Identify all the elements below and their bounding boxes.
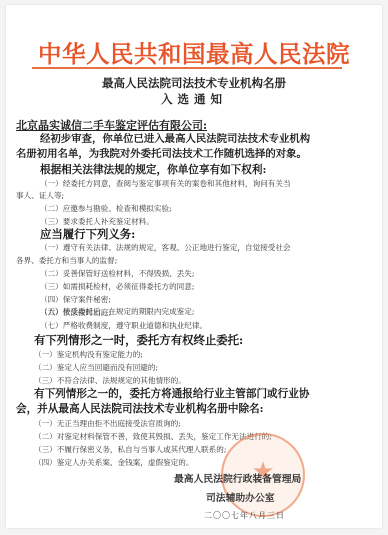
rights-heading: 根据相关法律法规的规定，你单位享有如下权利: — [40, 162, 266, 177]
removal-heading-line-2: 会，并从最高人民法院司法技术专业机构名册中除名: — [16, 401, 264, 416]
document-page: 中华人民共和国最高人民法院 最高人民法院司法技术专业机构名册 入选通知 北京晶实… — [6, 5, 382, 528]
removal-item: （四）鉴定人办关系案、金钱案，虚假鉴定的。 — [34, 457, 193, 469]
removal-item: （一）无正当理由拒不出庭接受法官质询的; — [34, 418, 181, 430]
intro-line-1: 经初步审查，你单位已进入最高人民法院司法技术专业机构 — [40, 132, 350, 147]
duties-item: （一）遵守有关法律、法规的规定，客观、公正地进行鉴定，自觉接受社会 — [40, 242, 291, 254]
letterhead-title: 中华人民共和国最高人民法院 — [6, 35, 382, 69]
rights-item: （一）经委托方同意，查阅与鉴定事项有关的案卷和其他材料，询问有关当 — [40, 178, 291, 190]
termination-heading: 有下列情形之一时，委托方有权终止委托: — [34, 332, 243, 348]
intro-line-2: 名册初用名单，为我院对外委托司法技术工作随机选择的对象。 — [16, 147, 326, 162]
signature-office: 司法辅助办公室 — [206, 490, 275, 504]
signature-org: 最高人民法院行政装备管理局 — [174, 471, 301, 485]
rights-item: 事人、证人等; — [16, 190, 64, 202]
letterhead-rule — [32, 67, 342, 69]
addressee: 北京晶实诚信二手车鉴定评估有限公司: — [16, 117, 207, 133]
rights-item: （二）应邀参与勘验、检查和模拟实验; — [40, 203, 172, 215]
signature-date: 二〇〇七年八月三日 — [204, 510, 285, 521]
duties-item: （六）依法按时出庭; — [40, 307, 111, 319]
notice-title: 最高人民法院司法技术专业机构名册 — [6, 75, 382, 91]
removal-item: （三）不履行保密义务，私自与当事人或其代理人联系的; — [34, 444, 226, 456]
duties-item: （四）保守案件秘密; — [40, 294, 111, 306]
duties-item: （三）如需损耗检材，必须征得委托方的同意; — [40, 281, 194, 293]
notice-subtitle: 入选通知 — [6, 91, 382, 107]
duties-heading: 应当履行下列义务: — [40, 226, 135, 242]
termination-item: （二）鉴定人应当回避而没有回避的; — [34, 362, 158, 374]
removal-heading-line-1: 有下列情形之一的，委托方将通报给行业主管部门或行业协 — [34, 386, 309, 401]
termination-item: （一）鉴定机构没有鉴定能力的; — [34, 349, 143, 361]
duties-item: 各界、委托方和当事人的监督; — [16, 255, 117, 267]
duties-item: （二）妥善保管好送检材料，不得毁损、丢失; — [40, 268, 194, 280]
duties-item: （七）严格收费制度，遵守职业道德和执业纪律。 — [40, 320, 207, 332]
